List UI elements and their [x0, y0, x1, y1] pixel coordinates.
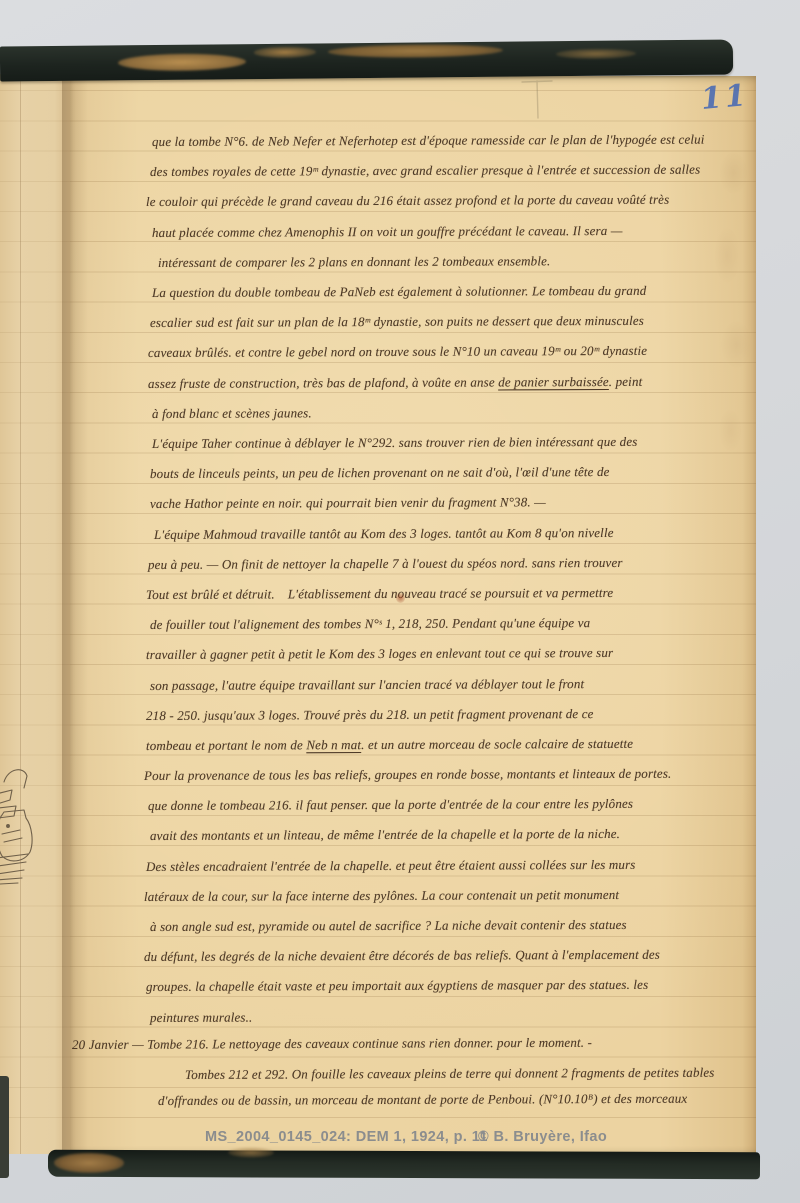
manuscript-line: caveaux brûlés. et contre le gebel nord … — [148, 342, 647, 362]
manuscript-line: 218 - 250. jusqu'aux 3 loges. Trouvé prè… — [146, 705, 594, 725]
manuscript-line: L'équipe Mahmoud travaille tantôt au Kom… — [154, 524, 614, 544]
cover-worn-patch — [328, 44, 503, 59]
cover-worn-patch — [118, 53, 246, 71]
notebook-cover-bottom-edge — [48, 1150, 760, 1179]
manuscript-line: de fouiller tout l'alignement des tombes… — [150, 614, 590, 634]
notebook-cover-top-edge — [0, 39, 733, 81]
manuscript-line: 20 Janvier — Tombe 216. Le nettoyage des… — [72, 1034, 592, 1054]
manuscript-line: haut placée comme chez Amenophis II on v… — [152, 222, 623, 242]
manuscript-line: avait des montants et un linteau, de mêm… — [150, 825, 620, 845]
manuscript-line: des tombes royales de cette 19ᵐ dynastie… — [150, 161, 700, 181]
manuscript-line: bouts de linceuls peints, un peu de lich… — [150, 463, 610, 483]
manuscript-line: vache Hathor peinte en noir. qui pourrai… — [150, 493, 546, 513]
manuscript-line: que donne le tombeau 216. il faut penser… — [148, 795, 633, 815]
manuscript-line: groupes. la chapelle était vaste et peu … — [146, 976, 648, 996]
manuscript-line: intéressant de comparer les 2 plans en d… — [158, 252, 550, 272]
manuscript-line: peintures murales.. — [150, 1009, 252, 1027]
manuscript-line: assez fruste de construction, très bas d… — [148, 373, 642, 393]
scanned-notebook-photo: 11 que la tombe N°6. de Neb Nefer et Nef… — [0, 0, 800, 1203]
cover-worn-patch — [556, 48, 636, 59]
manuscript-line: d'offrandes ou de bassin, un morceau de … — [158, 1090, 687, 1110]
ink-stain — [396, 593, 405, 603]
manuscript-line: latéraux de la cour, sur la face interne… — [144, 886, 619, 906]
copyright-caption: © B. Bruyère, Ifao — [478, 1129, 607, 1145]
manuscript-line: que la tombe N°6. de Neb Nefer et Neferh… — [152, 131, 705, 151]
manuscript-line: Pour la provenance de tous les bas relie… — [144, 765, 672, 785]
margin-sketch-vessel — [0, 760, 44, 900]
manuscript-line: Tout est brûlé et détruit. L'établisseme… — [146, 584, 613, 604]
manuscript-line: travailler à gagner petit à petit le Kom… — [146, 644, 613, 664]
cover-worn-patch — [254, 46, 316, 58]
manuscript-line: à fond blanc et scènes jaunes. — [152, 404, 312, 423]
manuscript-line: Des stèles encadraient l'entrée de la ch… — [146, 856, 636, 876]
manuscript-line: peu à peu. — On finit de nettoyer la cha… — [148, 554, 623, 574]
manuscript-line: le couloir qui précède le grand caveau d… — [146, 191, 669, 211]
cover-worn-patch — [228, 1147, 274, 1157]
archive-reference-caption: MS_2004_0145_024: DEM 1, 1924, p. 11 — [205, 1129, 488, 1145]
manuscript-line: La question du double tombeau de PaNeb e… — [152, 282, 646, 302]
manuscript-line: escalier sud est fait sur un plan de la … — [150, 312, 644, 332]
notebook-cover-corner — [0, 1076, 9, 1178]
manuscript-line: son passage, l'autre équipe travaillant … — [150, 675, 584, 695]
manuscript-line: du défunt, les degrés de la niche devaie… — [144, 946, 660, 966]
manuscript-line: Tombes 212 et 292. On fouille les caveau… — [185, 1064, 715, 1084]
page-number: 11 — [700, 78, 751, 117]
gutter-shadow — [62, 74, 88, 1154]
manuscript-line: à son angle sud est, pyramide ou autel d… — [150, 916, 627, 936]
cover-worn-patch — [54, 1153, 124, 1173]
pencil-mark-bleedthrough — [518, 76, 558, 122]
manuscript-line: tombeau et portant le nom de Neb n mat. … — [146, 735, 633, 755]
manuscript-line: L'équipe Taher continue à déblayer le N°… — [152, 433, 638, 453]
